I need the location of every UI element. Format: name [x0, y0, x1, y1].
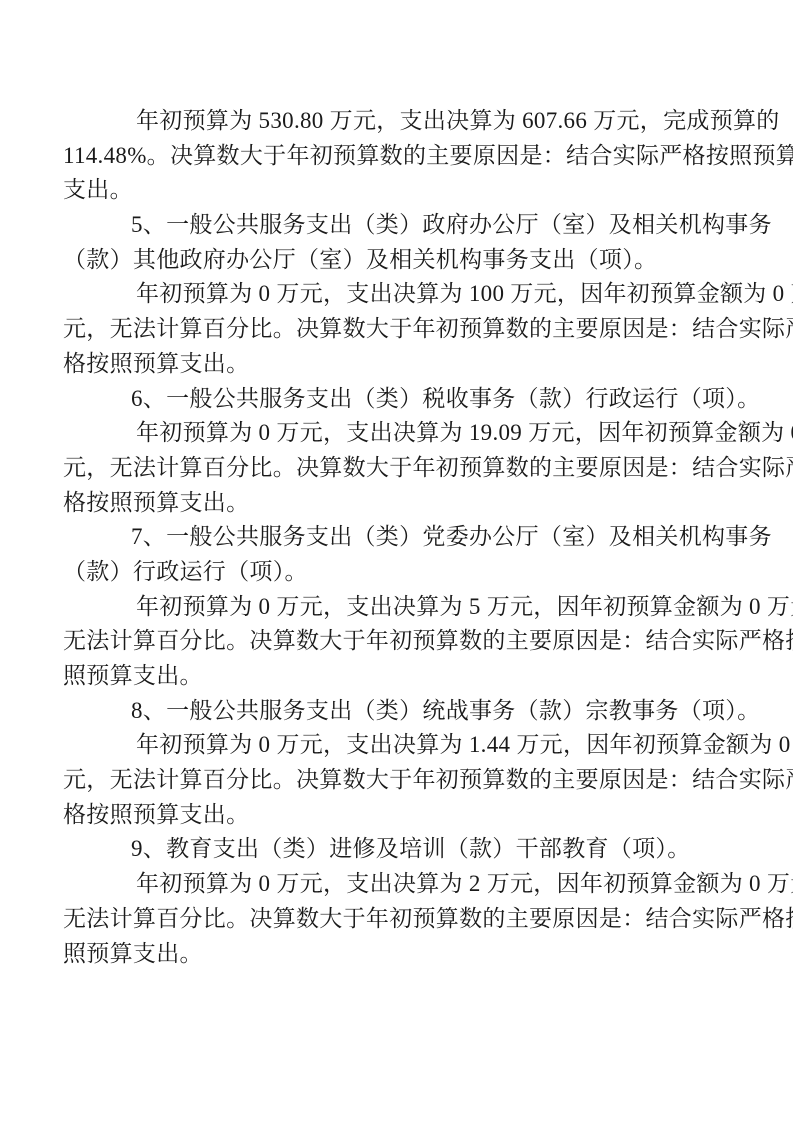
body-line: 照预算支出。 — [63, 937, 697, 972]
heading-line: 5、一般公共服务支出（类）政府办公厅（室）及相关机构事务 — [63, 208, 697, 243]
body-line: 格按照预算支出。 — [63, 798, 697, 833]
body-line: 年初预算为 0 万元，支出决算为 5 万元，因年初预算金额为 0 万元， — [63, 590, 697, 625]
body-line: 无法计算百分比。决算数大于年初预算数的主要原因是：结合实际严格按 — [63, 902, 697, 937]
body-line: 年初预算为 0 万元，支出决算为 100 万元，因年初预算金额为 0 万 — [63, 277, 697, 312]
heading-line: 7、一般公共服务支出（类）党委办公厅（室）及相关机构事务 — [63, 520, 697, 555]
body-line: 年初预算为 0 万元，支出决算为 19.09 万元，因年初预算金额为 0 万 — [63, 416, 697, 451]
body-line: 支出。 — [63, 173, 697, 208]
body-line: 年初预算为 0 万元，支出决算为 2 万元，因年初预算金额为 0 万元， — [63, 867, 697, 902]
body-line: 格按照预算支出。 — [63, 486, 697, 521]
heading-line: 9、教育支出（类）进修及培训（款）干部教育（项）。 — [63, 832, 697, 867]
body-line: 无法计算百分比。决算数大于年初预算数的主要原因是：结合实际严格按 — [63, 624, 697, 659]
heading-line: 8、一般公共服务支出（类）统战事务（款）宗教事务（项）。 — [63, 694, 697, 729]
heading-line: （款）其他政府办公厅（室）及相关机构事务支出（项）。 — [63, 243, 697, 278]
body-line: 格按照预算支出。 — [63, 347, 697, 382]
body-line: 元，无法计算百分比。决算数大于年初预算数的主要原因是：结合实际严 — [63, 451, 697, 486]
body-line: 年初预算为 530.80 万元，支出决算为 607.66 万元，完成预算的 — [63, 104, 697, 139]
body-line: 114.48%。决算数大于年初预算数的主要原因是：结合实际严格按照预算 — [63, 139, 697, 174]
body-line: 年初预算为 0 万元，支出决算为 1.44 万元，因年初预算金额为 0 万 — [63, 728, 697, 763]
body-line: 元，无法计算百分比。决算数大于年初预算数的主要原因是：结合实际严 — [63, 312, 697, 347]
document-page: 年初预算为 530.80 万元，支出决算为 607.66 万元，完成预算的114… — [0, 0, 793, 1122]
heading-line: 6、一般公共服务支出（类）税收事务（款）行政运行（项）。 — [63, 382, 697, 417]
document-content: 年初预算为 530.80 万元，支出决算为 607.66 万元，完成预算的114… — [63, 104, 697, 971]
body-line: 照预算支出。 — [63, 659, 697, 694]
body-line: 元，无法计算百分比。决算数大于年初预算数的主要原因是：结合实际严 — [63, 763, 697, 798]
heading-line: （款）行政运行（项）。 — [63, 555, 697, 590]
